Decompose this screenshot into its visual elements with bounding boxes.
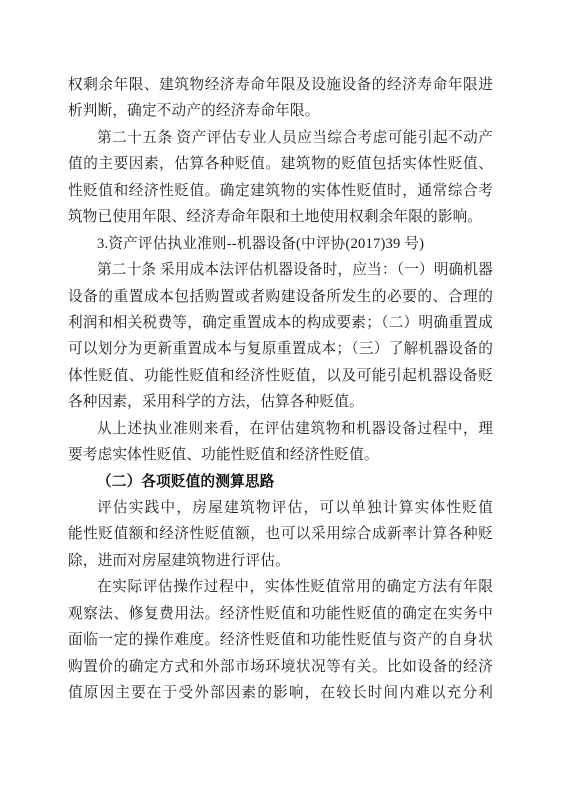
text-line: 性贬值和经济性贬值。确定建筑物的实体性贬值时，通常综合考虑建 [68, 178, 493, 204]
text-line: 析判断，确定不动产的经济寿命年限。 [68, 98, 493, 124]
text-line: 利润和相关税费等，确定重置成本的构成要素；（二）明确重置成本 [68, 310, 493, 336]
document-page: 权剩余年限、建筑物经济寿命年限及设施设备的经济寿命年限进行分析判断，确定不动产的… [0, 0, 565, 800]
text-line: 从上述执业准则来看，在评估建筑物和机器设备过程中，理论上 [68, 416, 493, 442]
text-line: 第二十五条 资产评估专业人员应当综合考虑可能引起不动产贬 [68, 125, 493, 151]
text-line: 筑物已使用年限、经济寿命年限和土地使用权剩余年限的影响。 [68, 204, 493, 230]
text-line: 除，进而对房屋建筑物进行评估。 [68, 548, 493, 574]
text-line: 在实际评估操作过程中，实体性贬值常用的确定方法有年限法、 [68, 574, 493, 600]
text-line: 要考虑实体性贬值、功能性贬值和经济性贬值。 [68, 442, 493, 468]
text-line: 购置价的确定方式和外部市场环境状况等有关。比如设备的经济性贬 [68, 654, 493, 680]
text-line: 各种因素，采用科学的方法，估算各种贬值。 [68, 389, 493, 415]
text-line: 值原因主要在于受外部因素的影响，在较长时间内难以充分利用，导 [68, 680, 493, 706]
section-heading: （二）各项贬值的测算思路 [68, 469, 493, 495]
text-line: 体性贬值、功能性贬值和经济性贬值，以及可能引起机器设备贬值的 [68, 363, 493, 389]
text-line: 面临一定的操作难度。经济性贬值和功能性贬值与资产的自身状况、 [68, 627, 493, 653]
text-line: 设备的重置成本包括购置或者购建设备所发生的必要的、合理的成本、 [68, 284, 493, 310]
text-line: 可以划分为更新重置成本与复原重置成本；（三）了解机器设备的实 [68, 336, 493, 362]
text-line: 观察法、修复费用法。经济性贬值和功能性贬值的确定在实务中通常 [68, 601, 493, 627]
text-line: 评估实践中，房屋建筑物评估，可以单独计算实体性贬值额、功 [68, 495, 493, 521]
text-line: 值的主要因素，估算各种贬值。建筑物的贬值包括实体性贬值、功能 [68, 151, 493, 177]
document-text-block: 权剩余年限、建筑物经济寿命年限及设施设备的经济寿命年限进行分析判断，确定不动产的… [68, 72, 493, 707]
text-line: 第二十条 采用成本法评估机器设备时，应当：（一）明确机器 [68, 257, 493, 283]
text-line: 权剩余年限、建筑物经济寿命年限及设施设备的经济寿命年限进行分 [68, 72, 493, 98]
text-line: 3.资产评估执业准则--机器设备(中评协(2017)39 号) [68, 231, 493, 257]
text-line: 能性贬值额和经济性贬值额，也可以采用综合成新率计算各种贬值扣 [68, 521, 493, 547]
